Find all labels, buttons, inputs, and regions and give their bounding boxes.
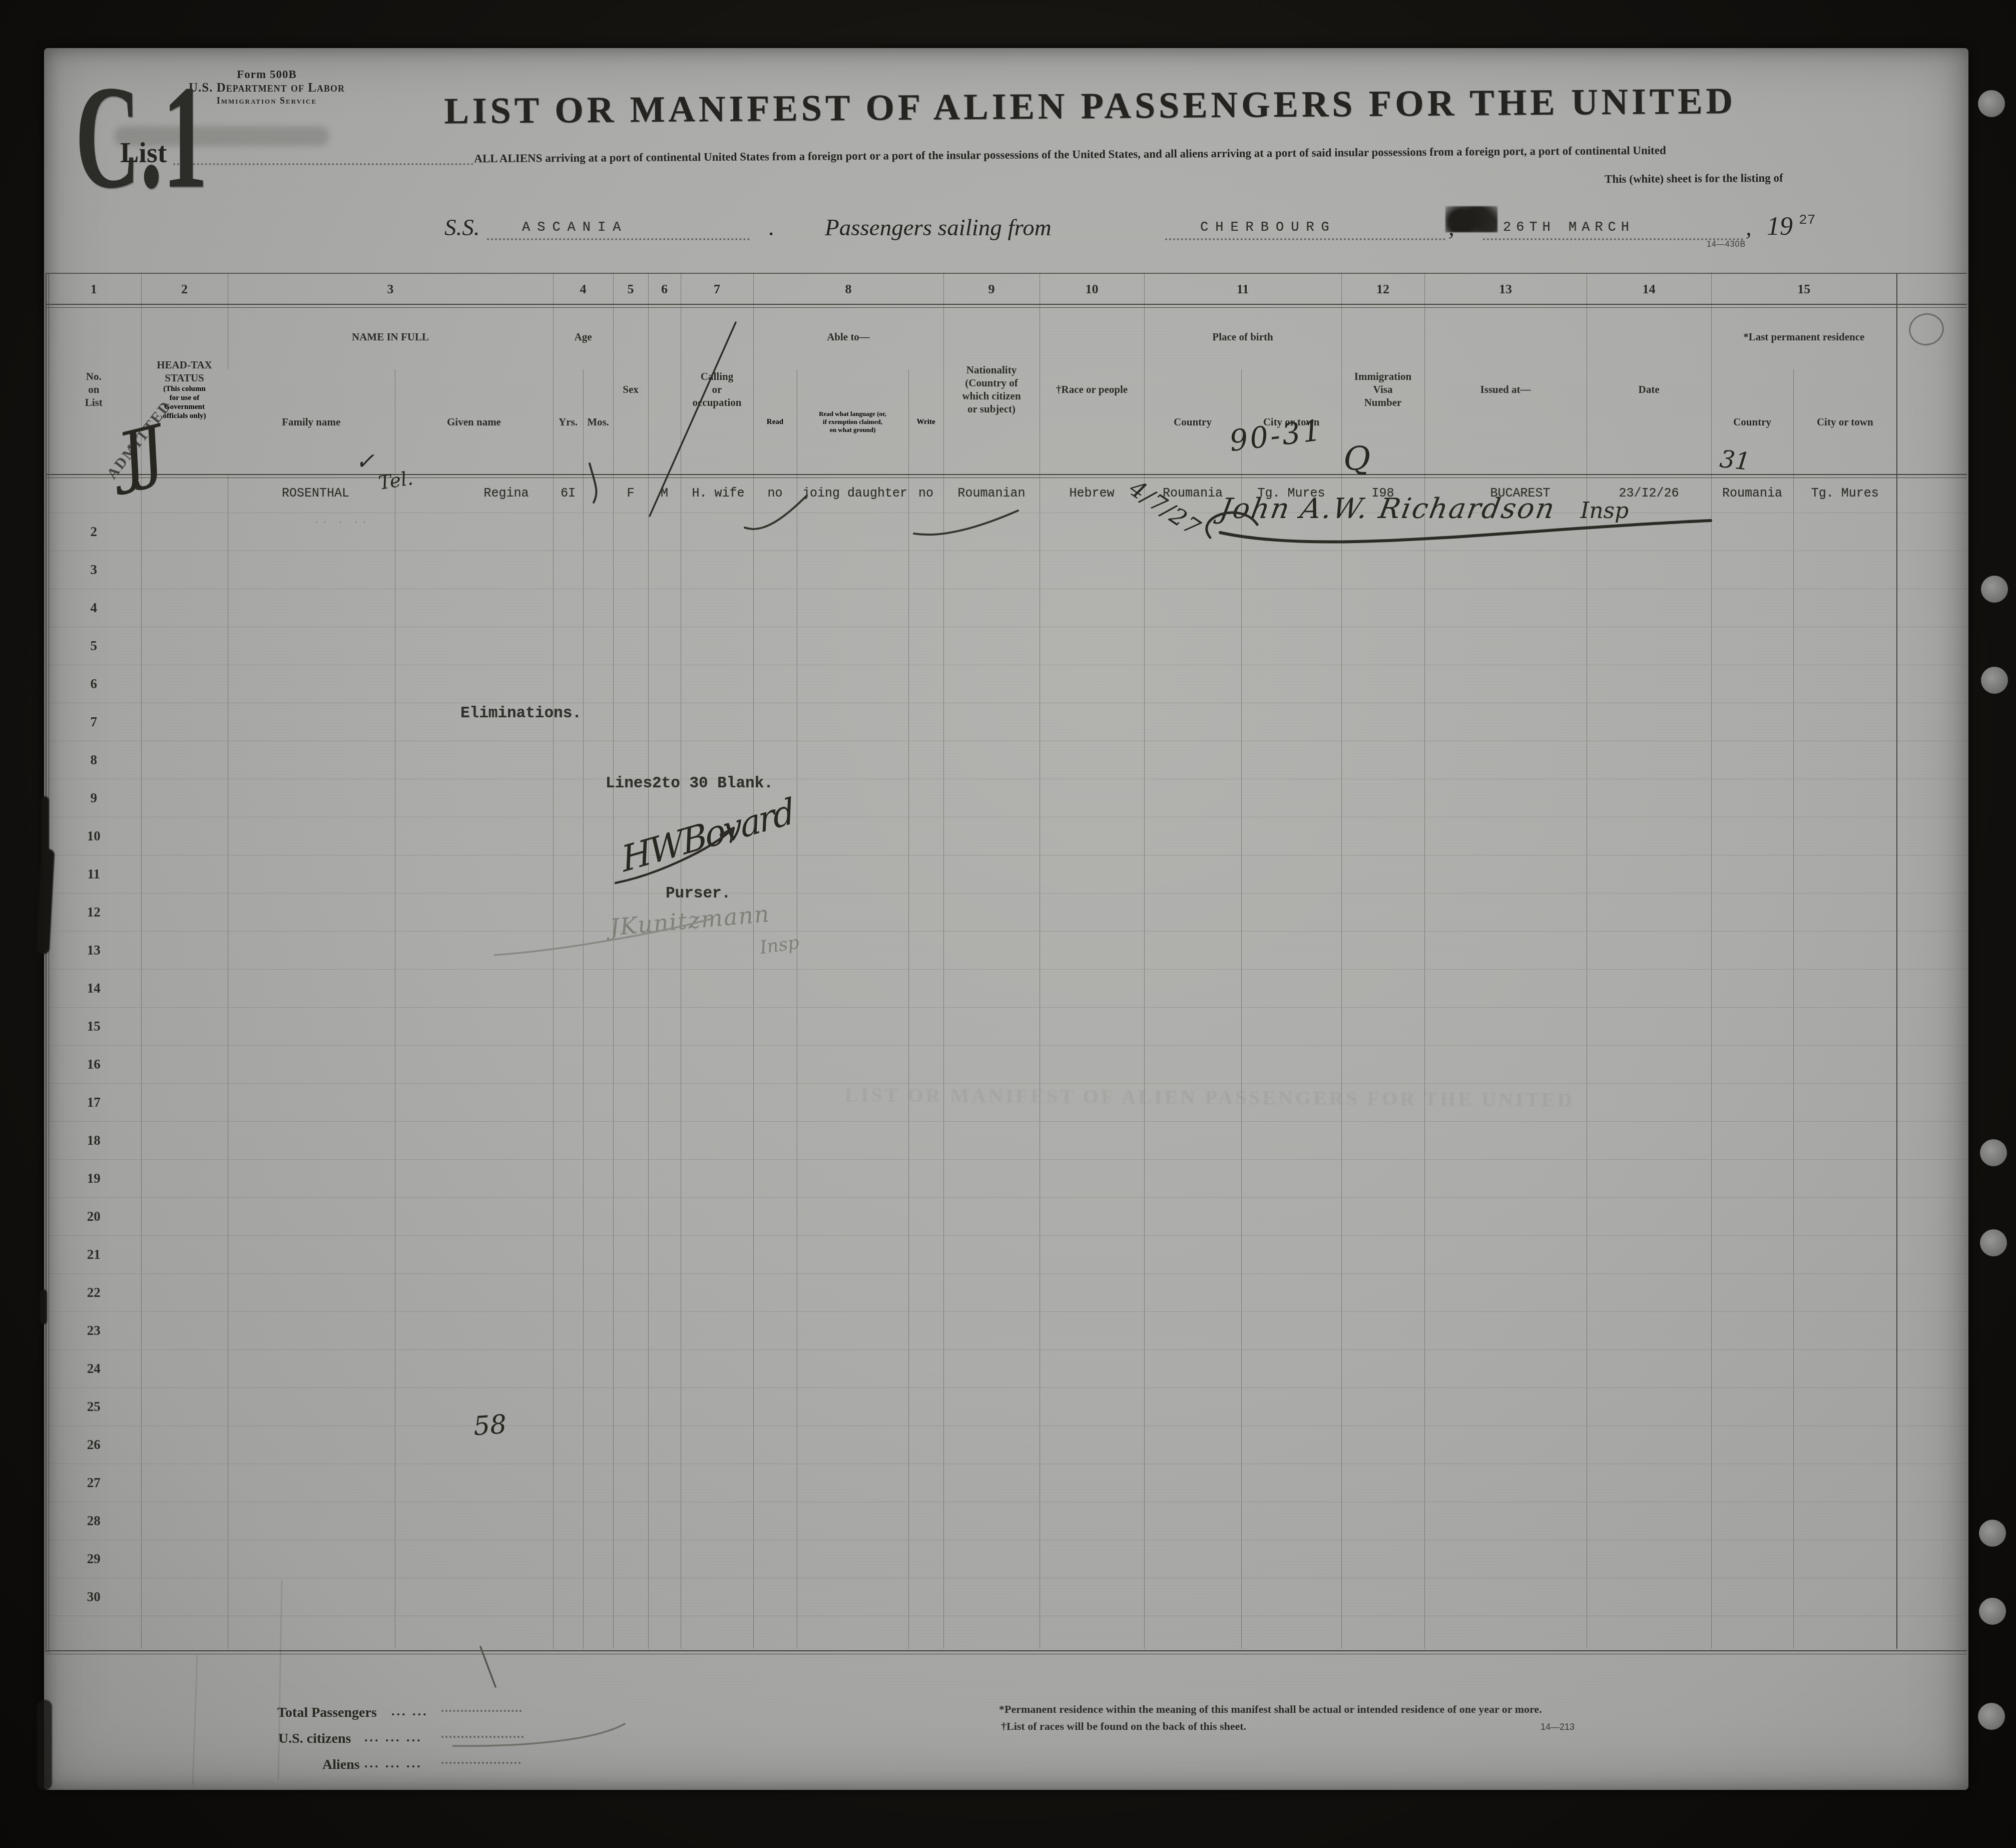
empty-cell [1793, 893, 1897, 931]
header-birth-country: Country [1144, 369, 1241, 475]
empty-cell [1711, 931, 1793, 969]
empty-cell [395, 969, 553, 1007]
empty-cell [1793, 1616, 1897, 1649]
row-number: 6 [47, 665, 141, 703]
empty-cell [613, 1388, 648, 1426]
empty-cell [1711, 1159, 1793, 1197]
empty-cell [583, 589, 613, 627]
empty-cell [648, 551, 681, 589]
empty-cell [1711, 779, 1793, 817]
ship-field: ASCANIA [487, 212, 750, 240]
margin-cell [1897, 779, 1967, 817]
empty-cell [1793, 513, 1897, 551]
empty-cell [141, 1540, 228, 1578]
empty-cell [583, 1235, 613, 1273]
empty-cell [681, 931, 753, 969]
empty-cell [228, 741, 395, 779]
row-number: 26 [47, 1426, 141, 1464]
table-left-border [46, 273, 49, 1653]
empty-cell [648, 1235, 681, 1273]
empty-cell [753, 665, 797, 703]
empty-cell [1144, 1502, 1241, 1540]
manifest-row: 6 [47, 665, 1967, 703]
empty-cell [1424, 1540, 1587, 1578]
empty-cell [908, 855, 943, 893]
empty-cell [1711, 1311, 1793, 1349]
empty-cell [1341, 1007, 1424, 1045]
empty-cell [1711, 1197, 1793, 1235]
margin-cell [1897, 1235, 1967, 1273]
empty-cell [553, 741, 583, 779]
row-number: 21 [47, 1235, 141, 1273]
empty-cell [1793, 1311, 1897, 1349]
margin-cell [1897, 1616, 1967, 1649]
manifest-row: 28 [47, 1502, 1967, 1540]
empty-cell [141, 703, 228, 741]
port-name: CHERBOURG [1200, 220, 1336, 235]
empty-cell [228, 1007, 395, 1045]
edge-bump [1981, 576, 2008, 603]
married-cell: M [648, 475, 681, 513]
total-passengers-line [441, 1695, 522, 1712]
empty-cell [1711, 1464, 1793, 1502]
empty-cell [1241, 1616, 1341, 1649]
aliens-line [441, 1747, 521, 1764]
empty-cell [583, 1426, 613, 1464]
edge-bump [1980, 1139, 2007, 1166]
empty-cell [1341, 551, 1424, 589]
margin-cell [1897, 1540, 1967, 1578]
empty-cell [141, 1349, 228, 1388]
empty-cell [613, 589, 648, 627]
empty-cell [395, 665, 553, 703]
empty-cell [943, 741, 1040, 779]
comma2: , [1746, 214, 1752, 241]
empty-cell [943, 1426, 1040, 1464]
empty-cell [943, 931, 1040, 969]
empty-cell [1424, 1464, 1587, 1502]
double-rule-top [47, 304, 1967, 308]
empty-cell [797, 627, 908, 665]
empty-cell [395, 1578, 553, 1616]
empty-cell [1711, 1273, 1793, 1311]
manifest-row: 24 [47, 1349, 1967, 1388]
manifest-row: 12 [47, 893, 1967, 931]
residence-number: 31 [1718, 445, 1752, 476]
empty-cell [1144, 1311, 1241, 1349]
empty-cell [553, 1388, 583, 1426]
empty-cell [1241, 1159, 1341, 1197]
empty-cell [797, 1349, 908, 1388]
empty-cell [1424, 1578, 1587, 1616]
empty-cell [1144, 551, 1241, 589]
mos-cell [583, 475, 613, 513]
empty-cell [797, 665, 908, 703]
empty-cell [908, 1235, 943, 1273]
empty-cell [583, 1616, 613, 1649]
empty-cell [648, 741, 681, 779]
given-name-cell: Regina [395, 475, 553, 513]
empty-cell [1424, 1121, 1587, 1159]
manifest-row: 10 [47, 817, 1967, 855]
empty-cell [943, 1197, 1040, 1235]
empty-cell [613, 1159, 648, 1197]
manifest-row: 27 [47, 1464, 1967, 1502]
purser-title: Purser. [666, 885, 731, 902]
empty-cell [395, 1121, 553, 1159]
empty-cell [648, 665, 681, 703]
empty-cell [613, 627, 648, 665]
empty-cell [1793, 1502, 1897, 1540]
empty-cell [228, 1235, 395, 1273]
empty-cell [1341, 1540, 1424, 1578]
margin-cell [1897, 893, 1967, 931]
empty-cell [1424, 779, 1587, 817]
empty-cell [553, 1616, 583, 1649]
empty-cell [1711, 969, 1793, 1007]
empty-cell [943, 1007, 1040, 1045]
empty-cell [583, 1121, 613, 1159]
empty-cell [1341, 1159, 1424, 1197]
margin-cell [1897, 1578, 1967, 1616]
manifest-row: 11 [47, 855, 1967, 893]
empty-cell [908, 703, 943, 741]
margin-cell [1897, 1426, 1967, 1464]
empty-cell [908, 1578, 943, 1616]
header-able-to: Able to— [753, 304, 943, 369]
edge-bump [1979, 1598, 2006, 1625]
margin-cell [1897, 1083, 1967, 1121]
empty-cell [583, 817, 613, 855]
empty-cell [797, 1502, 908, 1540]
empty-cell [797, 1159, 908, 1197]
empty-cell [1040, 1578, 1144, 1616]
row-number: 19 [47, 1159, 141, 1197]
empty-cell [943, 1616, 1040, 1649]
empty-cell [943, 665, 1040, 703]
us-citizens-line [441, 1721, 524, 1738]
empty-cell [1341, 931, 1424, 969]
empty-cell [1241, 1578, 1341, 1616]
empty-cell [141, 817, 228, 855]
empty-cell [753, 1616, 797, 1649]
edge-bump [1979, 1520, 2006, 1547]
empty-cell [141, 1426, 228, 1464]
empty-cell [395, 1273, 553, 1311]
empty-cell [908, 1616, 943, 1649]
empty-cell [228, 1045, 395, 1083]
empty-cell [613, 551, 648, 589]
empty-cell [1241, 893, 1341, 931]
empty-cell [1793, 1235, 1897, 1273]
empty-cell [141, 1273, 228, 1311]
empty-cell [613, 1121, 648, 1159]
empty-cell [1587, 1121, 1711, 1159]
col-number: 8 [753, 273, 943, 304]
empty-cell [141, 1197, 228, 1235]
checkmark: ✓ [355, 447, 375, 475]
empty-cell [395, 817, 553, 855]
manifest-row: 8 [47, 741, 1967, 779]
empty-cell [648, 513, 681, 551]
empty-cell [228, 1388, 395, 1426]
row-number: 27 [47, 1464, 141, 1502]
empty-cell [141, 1121, 228, 1159]
empty-cell [908, 1464, 943, 1502]
empty-cell [908, 893, 943, 931]
empty-cell [1040, 1388, 1144, 1426]
empty-cell [1144, 1540, 1241, 1578]
empty-cell [753, 1083, 797, 1121]
col-number: 15 [1711, 273, 1897, 304]
empty-cell [583, 1464, 613, 1502]
empty-cell [613, 1311, 648, 1349]
empty-cell [681, 589, 753, 627]
empty-cell [583, 1349, 613, 1388]
empty-cell [553, 1426, 583, 1464]
empty-cell [1587, 817, 1711, 855]
empty-cell [681, 1083, 753, 1121]
empty-cell [1341, 779, 1424, 817]
empty-cell [1144, 969, 1241, 1007]
empty-cell [908, 1273, 943, 1311]
empty-cell [681, 969, 753, 1007]
empty-cell [797, 1540, 908, 1578]
empty-cell [1040, 969, 1144, 1007]
margin-cell [1897, 1349, 1967, 1388]
row-number: 15 [47, 1007, 141, 1045]
header-read-language: Read what language (or, if exemption cla… [797, 369, 908, 475]
empty-cell [141, 551, 228, 589]
empty-cell [648, 703, 681, 741]
paper-crease [192, 1655, 198, 1785]
empty-cell [395, 1235, 553, 1273]
header-write: Write [908, 369, 943, 475]
empty-cell [908, 1349, 943, 1388]
empty-cell [943, 627, 1040, 665]
empty-cell [1587, 1502, 1711, 1540]
empty-cell [141, 627, 228, 665]
empty-cell [1144, 779, 1241, 817]
empty-cell [1241, 1273, 1341, 1311]
margin-cell [1897, 627, 1967, 665]
empty-cell [753, 1159, 797, 1197]
margin-cell [1897, 1464, 1967, 1502]
inspector-title: Insp [1581, 498, 1629, 524]
empty-cell [1587, 1273, 1711, 1311]
empty-cell [1793, 741, 1897, 779]
empty-cell [648, 1388, 681, 1426]
empty-cell [1341, 1502, 1424, 1540]
empty-cell [1424, 1349, 1587, 1388]
empty-cell [1424, 817, 1587, 855]
empty-cell [1793, 1273, 1897, 1311]
empty-cell [1793, 1349, 1897, 1388]
empty-cell [648, 589, 681, 627]
empty-cell [681, 1045, 753, 1083]
empty-cell [1241, 855, 1341, 893]
empty-cell [1793, 1083, 1897, 1121]
row-number: 4 [47, 589, 141, 627]
empty-cell [1587, 551, 1711, 589]
empty-cell [228, 1083, 395, 1121]
empty-cell [553, 931, 583, 969]
empty-cell [908, 779, 943, 817]
empty-cell [1144, 1121, 1241, 1159]
empty-cell [141, 1464, 228, 1502]
empty-cell [613, 1426, 648, 1464]
empty-cell [583, 1197, 613, 1235]
empty-cell [1341, 1273, 1424, 1311]
empty-cell [753, 969, 797, 1007]
empty-cell [1587, 1311, 1711, 1349]
empty-cell [1711, 893, 1793, 931]
empty-cell [553, 627, 583, 665]
empty-cell [1341, 1311, 1424, 1349]
empty-cell [553, 589, 583, 627]
empty-cell [943, 817, 1040, 855]
empty-cell [1241, 665, 1341, 703]
empty-cell [1587, 1045, 1711, 1083]
empty-cell [908, 969, 943, 1007]
empty-cell [1793, 779, 1897, 817]
empty-cell [613, 1273, 648, 1311]
empty-cell [908, 589, 943, 627]
ghost-title: LIST OR MANIFEST OF ALIEN PASSENGERS FOR… [845, 1083, 1495, 1111]
empty-cell [681, 551, 753, 589]
empty-cell [141, 1045, 228, 1083]
empty-cell [1040, 1464, 1144, 1502]
empty-cell [1424, 1616, 1587, 1649]
empty-cell [1341, 893, 1424, 931]
margin-cell [1897, 855, 1967, 893]
empty-cell [1587, 1349, 1711, 1388]
margin-cell [1897, 1311, 1967, 1349]
margin-cell [1897, 1121, 1967, 1159]
empty-cell [1711, 1083, 1793, 1121]
empty-cell [753, 741, 797, 779]
empty-cell [1144, 703, 1241, 741]
empty-cell [681, 1616, 753, 1649]
q-mark: Q [1343, 439, 1370, 478]
empty-cell [1587, 969, 1711, 1007]
empty-cell [648, 1045, 681, 1083]
footnote-permanent: *Permanent residence within the meaning … [999, 1703, 1542, 1716]
footnote-code: 14—213 [1541, 1722, 1575, 1732]
empty-cell [395, 1464, 553, 1502]
empty-cell [1341, 589, 1424, 627]
empty-cell [141, 969, 228, 1007]
empty-cell [1241, 551, 1341, 589]
empty-cell [1144, 893, 1241, 931]
empty-cell [1040, 1540, 1144, 1578]
empty-cell [1424, 627, 1587, 665]
empty-cell [648, 627, 681, 665]
empty-cell [553, 855, 583, 893]
header-yrs: Yrs. [553, 369, 583, 475]
empty-cell [648, 1197, 681, 1235]
empty-cell [1587, 1159, 1711, 1197]
empty-cell [395, 1502, 553, 1540]
empty-cell [943, 551, 1040, 589]
empty-cell [1144, 1388, 1241, 1426]
empty-cell [553, 1502, 583, 1540]
empty-cell [797, 931, 908, 969]
empty-cell [583, 1578, 613, 1616]
empty-cell [943, 969, 1040, 1007]
empty-cell [553, 1235, 583, 1273]
col-number: 10 [1040, 273, 1144, 304]
empty-cell [797, 1273, 908, 1311]
col-number: 13 [1424, 273, 1587, 304]
empty-cell [1040, 1616, 1144, 1649]
empty-cell [583, 1502, 613, 1540]
empty-cell [141, 1159, 228, 1197]
empty-cell [797, 855, 908, 893]
empty-cell [681, 1502, 753, 1540]
empty-cell [228, 703, 395, 741]
row-number: 7 [47, 703, 141, 741]
empty-cell [1144, 589, 1241, 627]
empty-cell [141, 741, 228, 779]
empty-cell [797, 1311, 908, 1349]
row-number: 11 [47, 855, 141, 893]
empty-cell [1341, 855, 1424, 893]
margin-cell [1897, 551, 1967, 589]
margin-cell [1897, 273, 1967, 304]
empty-cell [1587, 1540, 1711, 1578]
header-place-of-birth: Place of birth [1144, 304, 1341, 369]
manifest-row: 14 [47, 969, 1967, 1007]
aliens-label: Aliens [322, 1757, 360, 1773]
empty-cell [47, 1616, 141, 1649]
empty-cell [1040, 513, 1144, 551]
page-title: LIST OR MANIFEST OF ALIEN PASSENGERS FOR… [369, 80, 1811, 134]
empty-cell [1711, 1045, 1793, 1083]
empty-cell [1040, 627, 1144, 665]
empty-cell [681, 1007, 753, 1045]
empty-cell [141, 1311, 228, 1349]
empty-cell [1711, 1426, 1793, 1464]
empty-cell [648, 1121, 681, 1159]
footnote-races: †List of races will be found on the back… [1001, 1720, 1246, 1733]
empty-cell [1241, 1007, 1341, 1045]
row-number: 22 [47, 1273, 141, 1311]
empty-cell [1144, 1616, 1241, 1649]
empty-cell [797, 741, 908, 779]
empty-cell [613, 1540, 648, 1578]
empty-cell [753, 1235, 797, 1273]
empty-cell [395, 1616, 553, 1649]
empty-cell [141, 779, 228, 817]
ink-blot [1445, 206, 1497, 232]
empty-cell [753, 1388, 797, 1426]
empty-cell [228, 1502, 395, 1540]
empty-cell [1144, 1045, 1241, 1083]
empty-cell [1040, 1349, 1144, 1388]
empty-cell [681, 1578, 753, 1616]
header-race: †Race or people [1040, 304, 1144, 475]
empty-cell [1793, 1540, 1897, 1578]
empty-cell [681, 513, 753, 551]
empty-cell [1040, 1502, 1144, 1540]
empty-cell [1040, 1426, 1144, 1464]
empty-cell [908, 1121, 943, 1159]
empty-cell [613, 969, 648, 1007]
empty-cell [908, 513, 943, 551]
empty-cell [1040, 817, 1144, 855]
row-number: 9 [47, 779, 141, 817]
